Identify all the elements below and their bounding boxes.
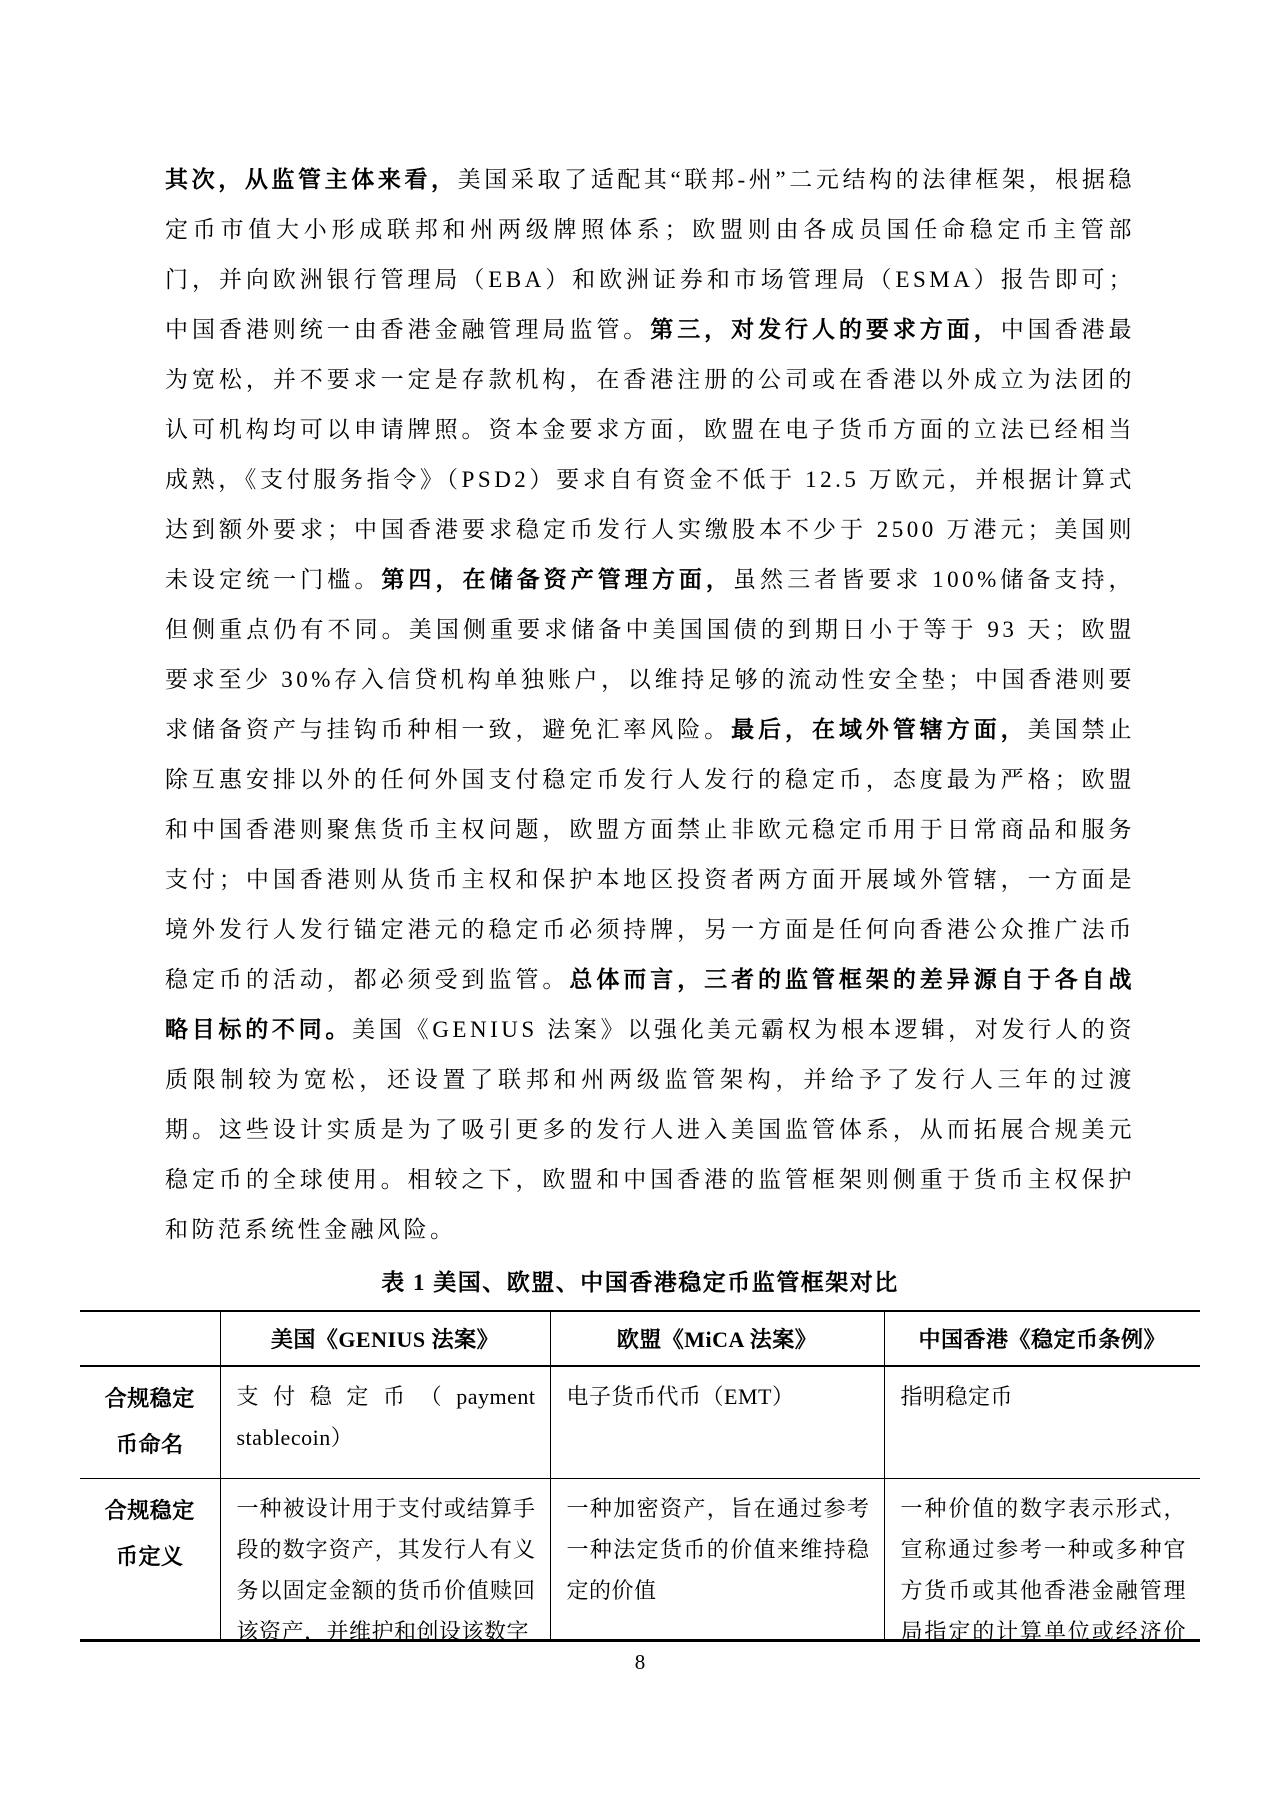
table-row: 合规稳定 币命名 支付稳定币（payment stablecoin） 电子货币代… [80, 1366, 1200, 1479]
table-header-row: 美国《GENIUS 法案》 欧盟《MiCA 法案》 中国香港《稳定币条例》 [80, 1311, 1200, 1366]
header-cell-us: 美国《GENIUS 法案》 [220, 1311, 550, 1366]
paragraph-segment: 第四，在储备资产管理方面， [381, 567, 733, 592]
comparison-table: 美国《GENIUS 法案》 欧盟《MiCA 法案》 中国香港《稳定币条例》 合规… [80, 1310, 1200, 1642]
paragraph-segment: 美国采取了适配其“联邦-州”二元结构的法律框架，根据稳定币市值大小形成联邦和州两… [165, 167, 1135, 342]
row-label: 合规稳定 币命名 [80, 1366, 220, 1479]
paragraph-segment: 第三，对发行人的要求方面， [650, 317, 1000, 342]
paragraph-segment: 最后，在域外管辖方面， [731, 717, 1028, 742]
table-cell: 一种价值的数字表示形式，宣称通过参考一种或多种官方货币或其他香港金融管理局指定的… [884, 1479, 1200, 1643]
table-cell: 支付稳定币（payment stablecoin） [220, 1366, 550, 1479]
row-label-line: 币定义 [81, 1534, 219, 1580]
page-number: 8 [0, 1648, 1280, 1676]
document-page: 其次，从监管主体来看，美国采取了适配其“联邦-州”二元结构的法律框架，根据稳定币… [0, 0, 1280, 1811]
row-label-line: 币命名 [81, 1422, 219, 1468]
paragraph-segment: 美国禁止除互惠安排以外的任何外国支付稳定币发行人发行的稳定币，态度最为严格；欧盟… [165, 717, 1135, 992]
body-paragraph: 其次，从监管主体来看，美国采取了适配其“联邦-州”二元结构的法律框架，根据稳定币… [165, 155, 1135, 1255]
paragraph-segment: 美国《GENIUS 法案》以强化美元霸权为根本逻辑，对发行人的资质限制较为宽松，… [165, 1017, 1135, 1242]
table-row: 合规稳定 币定义 一种被设计用于支付或结算手段的数字资产，其发行人有义务以固定金… [80, 1479, 1200, 1643]
table-caption: 表 1 美国、欧盟、中国香港稳定币监管框架对比 [80, 1259, 1200, 1307]
paragraph-segment: 其次，从监管主体来看， [165, 167, 458, 192]
table-cell: 一种被设计用于支付或结算手段的数字资产，其发行人有义务以固定金额的货币价值赎回该… [220, 1479, 550, 1643]
table-cell: 指明稳定币 [884, 1366, 1200, 1479]
table-cell: 电子货币代币（EMT） [550, 1366, 884, 1479]
header-cell-eu: 欧盟《MiCA 法案》 [550, 1311, 884, 1366]
row-label: 合规稳定 币定义 [80, 1479, 220, 1643]
paragraph-segment: 虽然三者皆要求 100%储备支持，但侧重点仍有不同。美国侧重要求储备中美国国债的… [165, 567, 1135, 742]
row-label-line: 合规稳定 [81, 1376, 219, 1422]
table-cell: 一种加密资产，旨在通过参考一种法定货币的价值来维持稳定的价值 [550, 1479, 884, 1643]
header-cell-hk: 中国香港《稳定币条例》 [884, 1311, 1200, 1366]
header-cell-empty [80, 1311, 220, 1366]
row-label-line: 合规稳定 [81, 1488, 219, 1534]
paragraph-segment: 中国香港最为宽松，并不要求一定是存款机构，在香港注册的公司或在香港以外成立为法团… [165, 317, 1135, 592]
